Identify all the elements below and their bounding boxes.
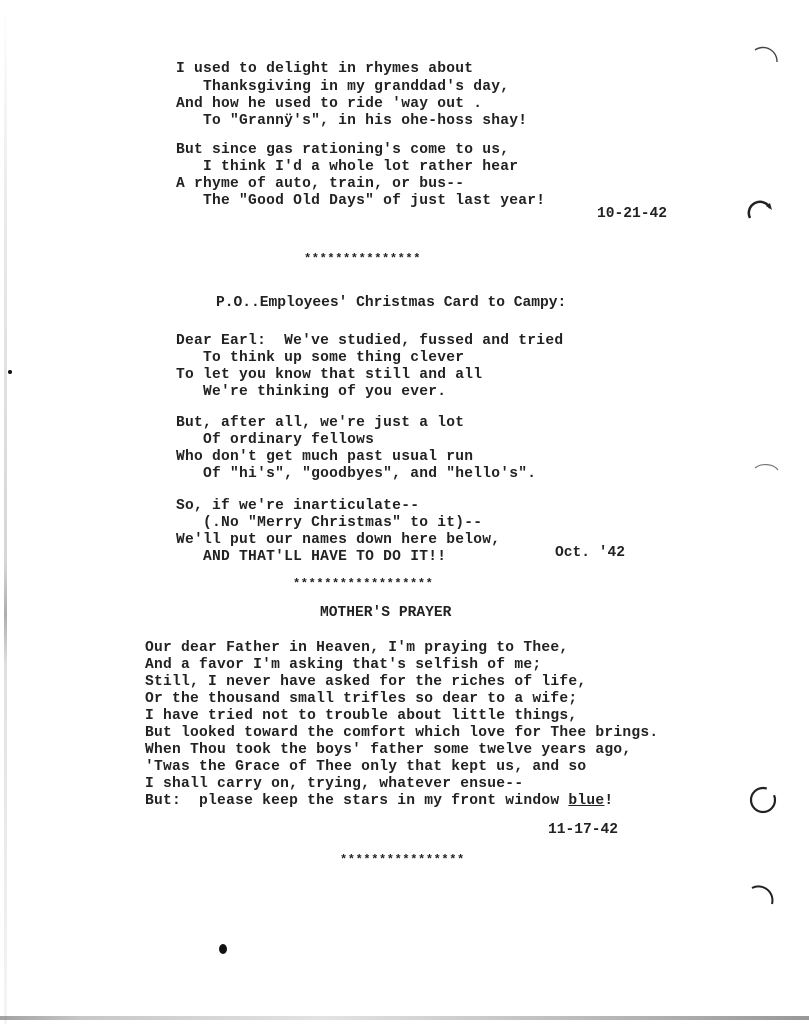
- punch-hole-mark-icon: [752, 458, 782, 478]
- page-bottom-edge-shadow: [0, 1016, 809, 1020]
- page-left-edge-shadow: [4, 0, 7, 1024]
- poem-date: 10-21-42: [597, 206, 667, 222]
- poem-date: Oct. '42: [555, 545, 625, 561]
- ink-dot: [8, 370, 12, 374]
- poem-line: To "Grannÿ's", in his ohe-hoss shay!: [176, 112, 527, 131]
- poem-line: We're thinking of you ever.: [176, 383, 446, 402]
- punch-hole-mark-icon: [740, 190, 780, 230]
- punch-hole-mark-icon: [745, 782, 781, 818]
- section-separator: ******************: [293, 577, 433, 591]
- underlined-word: blue: [568, 793, 604, 809]
- typewritten-page: I used to delight in rhymes about Thanks…: [0, 0, 809, 1024]
- poem-line: Of "hi's", "goodbyes", and "hello's".: [176, 465, 536, 484]
- poem-last-line: But: please keep the stars in my front w…: [145, 792, 613, 811]
- punch-hole-mark-icon: [752, 42, 782, 72]
- punch-hole-mark-icon: [748, 882, 782, 916]
- poem-line: The "Good Old Days" of just last year!: [176, 192, 545, 211]
- poem-line-punctuation: !: [604, 793, 613, 809]
- poem-title: P.O..Employees' Christmas Card to Campy:: [216, 295, 566, 311]
- poem-line: AND THAT'LL HAVE TO DO IT!!: [176, 548, 446, 567]
- section-separator: ****************: [340, 853, 465, 867]
- ink-blot: [219, 944, 227, 954]
- section-separator: ***************: [304, 252, 421, 266]
- poem-line-text: But: please keep the stars in my front w…: [145, 793, 568, 809]
- poem-date: 11-17-42: [548, 822, 618, 838]
- poem-title: MOTHER'S PRAYER: [320, 605, 451, 621]
- poem-line: I used to delight in rhymes about: [176, 60, 473, 79]
